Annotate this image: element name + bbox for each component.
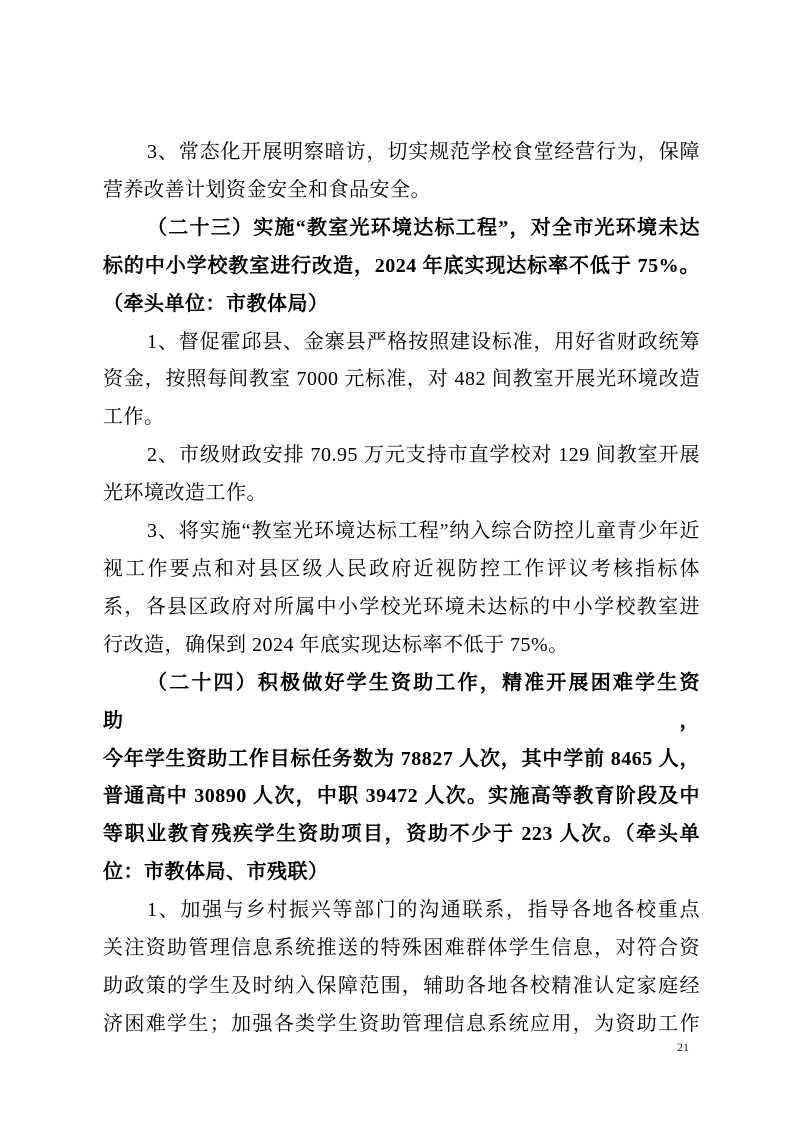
paragraph-item-23-sub2: 2、市级财政安排 70.95 万元支持市直学校对 129 间教室开展 光环境改造…: [103, 437, 700, 513]
text-line: 1、督促霍邱县、金寨县严格按照建设标准，用好省财政统筹: [103, 324, 700, 362]
text-line: 关注资助管理信息系统推送的特殊困难群体学生信息，对符合资: [103, 930, 700, 968]
text-line: 位：市教体局、市残联）: [103, 854, 700, 892]
paragraph-item-24-heading: （二十四）积极做好学生资助工作，精准开展困难学生资助， 今年学生资助工作目标任务…: [103, 665, 700, 892]
text-line: 济困难学生；加强各类学生资助管理信息系统应用，为资助工作: [103, 1006, 700, 1044]
text-line: 今年学生资助工作目标任务数为 78827 人次，其中学前 8465 人，: [103, 741, 700, 779]
document-page: 3、常态化开展明察暗访，切实规范学校食堂经营行为，保障 营养改善计划资金安全和食…: [0, 0, 793, 1122]
paragraph-item-24-sub1: 1、加强与乡村振兴等部门的沟通联系，指导各地各校重点 关注资助管理信息系统推送的…: [103, 892, 700, 1044]
text-line: 等职业教育残疾学生资助项目，资助不少于 223 人次。（牵头单: [103, 816, 700, 854]
text-line: 视工作要点和对县区级人民政府近视防控工作评议考核指标体: [103, 551, 700, 589]
text-line: 营养改善计划资金安全和食品安全。: [103, 172, 700, 210]
page-number: 21: [666, 1038, 700, 1056]
paragraph-item-23-sub3: 3、将实施“教室光环境达标工程”纳入综合防控儿童青少年近 视工作要点和对县区级人…: [103, 513, 700, 665]
text-line: 助政策的学生及时纳入保障范围，辅助各地各校精准认定家庭经: [103, 968, 700, 1006]
text-line: （牵头单位：市教体局）: [103, 286, 700, 324]
paragraph-item-23-heading: （二十三）实施“教室光环境达标工程”，对全市光环境未达 标的中小学校教室进行改造…: [103, 210, 700, 324]
paragraph-food-safety-item3: 3、常态化开展明察暗访，切实规范学校食堂经营行为，保障 营养改善计划资金安全和食…: [103, 134, 700, 210]
text-line: 资金，按照每间教室 7000 元标准，对 482 间教室开展光环境改造: [103, 361, 700, 399]
text-line: 工作。: [103, 399, 700, 437]
text-line: 光环境改造工作。: [103, 475, 700, 513]
text-line: 3、将实施“教室光环境达标工程”纳入综合防控儿童青少年近: [103, 513, 700, 551]
paragraph-item-23-sub1: 1、督促霍邱县、金寨县严格按照建设标准，用好省财政统筹 资金，按照每间教室 70…: [103, 324, 700, 438]
text-line: 系，各县区政府对所属中小学校光环境未达标的中小学校教室进: [103, 589, 700, 627]
text-line: 普通高中 30890 人次，中职 39472 人次。实施高等教育阶段及中: [103, 778, 700, 816]
text-line: 标的中小学校教室进行改造，2024 年底实现达标率不低于 75%。: [103, 248, 700, 286]
text-line: 1、加强与乡村振兴等部门的沟通联系，指导各地各校重点: [103, 892, 700, 930]
text-line: （二十三）实施“教室光环境达标工程”，对全市光环境未达: [103, 210, 700, 248]
text-line: 行改造，确保到 2024 年底实现达标率不低于 75%。: [103, 627, 700, 665]
text-line: （二十四）积极做好学生资助工作，精准开展困难学生资助，: [103, 665, 700, 741]
document-body: 3、常态化开展明察暗访，切实规范学校食堂经营行为，保障 营养改善计划资金安全和食…: [103, 134, 700, 1044]
text-line: 3、常态化开展明察暗访，切实规范学校食堂经营行为，保障: [103, 134, 700, 172]
text-line: 2、市级财政安排 70.95 万元支持市直学校对 129 间教室开展: [103, 437, 700, 475]
